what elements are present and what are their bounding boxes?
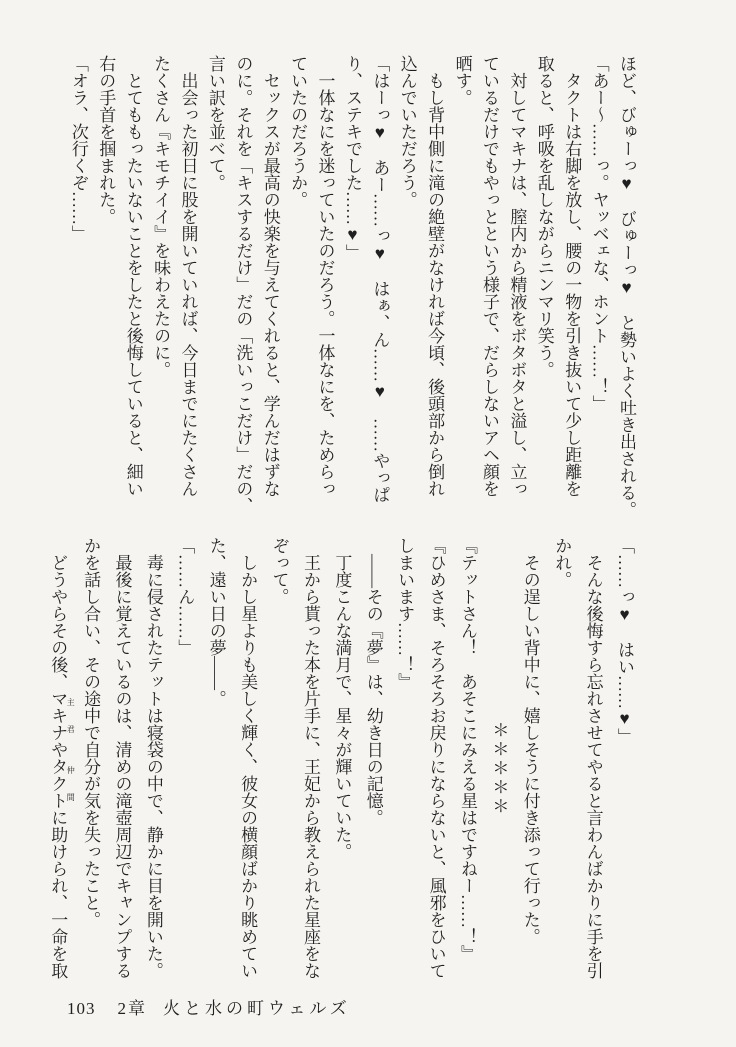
- text-line: ぞって。: [263, 537, 294, 999]
- text-line: そんな後悔すら忘れさせてやると言わんばかりに手を引: [577, 537, 608, 999]
- text-line: 対してマキナは、膣内から精液をボタボタと溢し、立っ: [503, 55, 530, 517]
- text-line: もし背中側に滝の絶壁がなければ今頃、後頭部から倒れ: [421, 55, 448, 517]
- text-line: 「……っ♥ はい……♥」: [609, 537, 640, 999]
- text-line: 晒す。: [448, 55, 475, 517]
- scene-separator: ＊＊＊＊＊: [483, 537, 514, 999]
- text-line: 「オラ、次行くぞ……」: [64, 55, 91, 517]
- text-line: しかし星よりも美しく輝く、彼女の横顔ばかり眺めてい: [232, 537, 263, 999]
- text-block-top: ほど、びゅーっ♥ びゅーっ♥ と勢いよく吐き出される。「あー〜……っ。ヤッベェな…: [64, 55, 640, 517]
- text-line: 言い訳を並べて。: [202, 55, 229, 517]
- text-line: とてももったいないことをしたと後悔していると、細い: [119, 55, 146, 517]
- text-line: たくさん『キモチイイ』を味わえたのに。: [147, 55, 174, 517]
- text-line: り、ステキでした……♥」: [339, 55, 366, 517]
- text-line: 『テットさん！ あそこにみえる星はですねー……！』: [452, 537, 483, 999]
- text-line: しまいます……！』: [389, 537, 420, 999]
- text-line: その逞しい背中に、嬉しそうに付き添って行った。: [514, 537, 545, 999]
- text-line: 出会った初日に股を開いていれば、今日までにたくさん: [174, 55, 201, 517]
- chapter-title: 火と水の町ウェルズ: [163, 999, 351, 1018]
- text-block-bottom: 「……っ♥ はい……♥」そんな後悔すら忘れさせてやると言わんばかりに手を引かれ。…: [42, 537, 640, 999]
- text-line: 毒に侵されたテットは寝袋の中で、静かに目を開いた。: [138, 537, 169, 999]
- text-line: ほど、びゅーっ♥ びゅーっ♥ と勢いよく吐き出される。: [613, 55, 640, 517]
- text-line: かれ。: [546, 537, 577, 999]
- text-line: 最後に覚えているのは、清めの滝壺周辺でキャンプする: [106, 537, 137, 999]
- text-line: 右の手首を掴まれた。: [92, 55, 119, 517]
- ruby-annotated-word: タクト仲間: [48, 758, 67, 809]
- chapter-label: 2章: [118, 999, 148, 1018]
- text-line: 取ると、呼吸を乱しながらニンマリ笑う。: [530, 55, 557, 517]
- text-line: ていたのだろうか。: [284, 55, 311, 517]
- page-number: 103: [67, 999, 96, 1018]
- text-line: 「……ん……」: [169, 537, 200, 999]
- footer: 1032章火と水の町ウェルズ: [67, 994, 351, 1019]
- text-line: かを話し合い、その途中で自分が気を失ったこと。: [75, 537, 106, 999]
- text-line: 一体なにを迷っていたのだろう。一体なにを、ためらっ: [311, 55, 338, 517]
- text-line: 『ひめさま、そろそろお戻りにならないと、風邪をひいて: [420, 537, 451, 999]
- text-line: のに。それを「キスするだけ」だの「洗いっこだけ」だの、: [229, 55, 256, 517]
- book-page: ほど、びゅーっ♥ びゅーっ♥ と勢いよく吐き出される。「あー〜……っ。ヤッベェな…: [0, 0, 736, 1047]
- text-line: タクトは右脚を放し、腰の一物を引き抜いて少し距離を: [558, 55, 585, 517]
- text-line: 込んでいただろう。: [393, 55, 420, 517]
- ruby-annotated-word: マキナ主君: [48, 690, 67, 741]
- text-line: ――その『夢』は、幼き日の記憶。: [357, 537, 388, 999]
- text-line: 王から貰った本を片手に、王妃から教えられた星座をな: [295, 537, 326, 999]
- text-line: セックスが最高の快楽を与えてくれると、学んだはずな: [256, 55, 283, 517]
- text-line: 丁度こんな満月で、星々が輝いていた。: [326, 537, 357, 999]
- text-line: ているだけでもやっとという様子で、だらしないアヘ顔を: [476, 55, 503, 517]
- text-line: どうやらその後、マキナ主君やタクト仲間に助けられ、一命を取: [42, 537, 75, 999]
- text-line: 「はーっ♥ あー……っ♥ はぁ、ん……♥ ……やっぱ: [366, 55, 393, 517]
- text-line: 「あー〜……っ。ヤッベェな、ホント……！」: [585, 55, 612, 517]
- text-line: た、遠い日の夢――。: [200, 537, 231, 999]
